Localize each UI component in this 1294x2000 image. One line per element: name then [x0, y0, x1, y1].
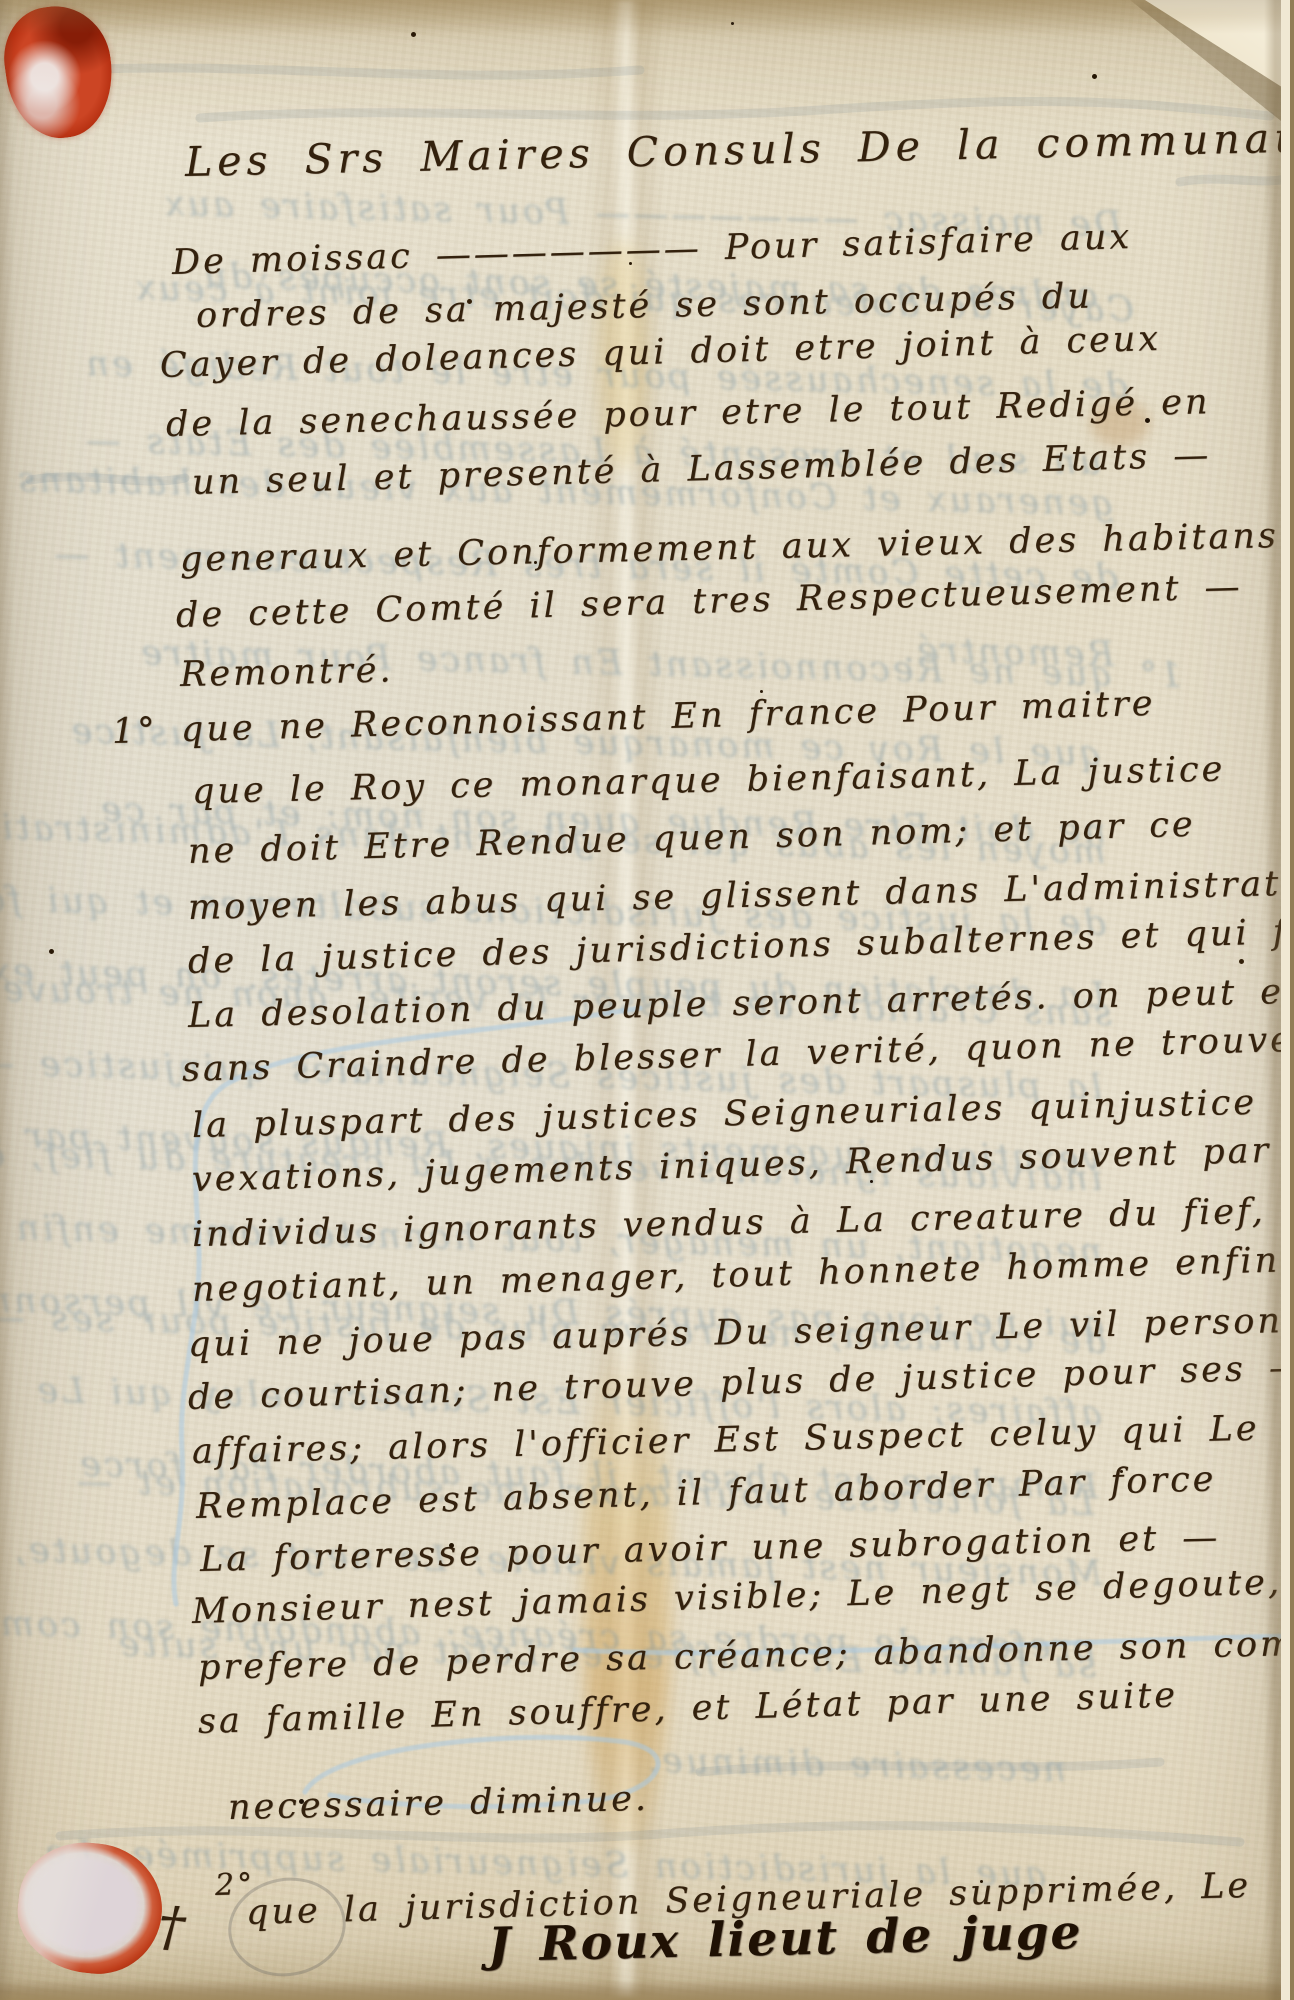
manuscript-lines: Les Srs Maires Consuls De la communautéD… [0, 0, 1294, 2000]
manuscript-line: de cette Comté il sera tres Respectueuse… [175, 567, 1243, 636]
manuscript-line: Remontré. [180, 650, 394, 695]
manuscript-line: que le Roy ce monarque bienfaisant, La j… [192, 749, 1226, 812]
page-edge-top [0, 0, 1294, 34]
manuscript-line: necessaire diminue. [228, 1779, 650, 1828]
manuscript-line: 1° que ne Reconnoissant En france Pour m… [111, 684, 1155, 752]
manuscript-line: ne doit Etre Rendue quen son nom; et par… [187, 805, 1196, 872]
manuscript-line: de la senechaussée pour etre le tout Red… [166, 382, 1211, 445]
manuscript-line: sa famille En souffre, et Létat par une … [197, 1675, 1178, 1742]
manuscript-line: un seul et presenté à Lassemblée des Eta… [191, 435, 1211, 503]
page-edge-right [1264, 0, 1294, 2000]
page-edge-bottom [0, 1980, 1294, 2000]
manuscript-line: Remplace est absent, il faut aborder Par… [195, 1459, 1216, 1527]
heading-line: Les Srs Maires Consuls De la communauté [184, 112, 1294, 186]
page-edge-left [0, 0, 14, 2000]
manuscript-page: De moissac ——————— Pour satisfaire auxor… [0, 0, 1294, 2000]
manuscript-line: De moissac ——————— Pour satisfaire aux [171, 217, 1132, 283]
signature: J Roux lieut de juge [487, 1905, 1083, 1973]
